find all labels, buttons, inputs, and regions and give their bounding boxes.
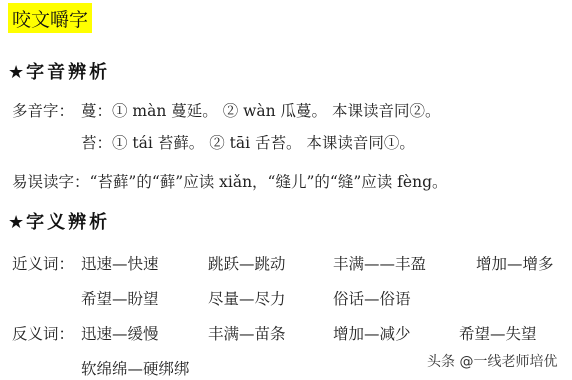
- antonyms-label: 反义词：: [12, 322, 74, 344]
- page-title: 咬文嚼字: [12, 5, 88, 32]
- synonym-pair: 增加—增多: [476, 252, 554, 274]
- antonym-pair: 迅速—缓慢: [81, 322, 159, 344]
- antonym-pair: 丰满—苗条: [208, 322, 286, 344]
- title-highlight: 咬文嚼字: [8, 3, 92, 33]
- synonym-pair: 丰满——丰盈: [333, 252, 426, 274]
- section-title: 字音辨析: [26, 62, 110, 83]
- section-title: 字义辨析: [26, 212, 110, 233]
- antonym-pair: 软绵绵—硬绑绑: [81, 357, 190, 379]
- watermark: 头条 @一线老师培优: [427, 351, 557, 371]
- polyphonic-entry-tai: 苔：① tái 苔藓。 ② tāi 舌苔。 本课读音同①。: [81, 131, 415, 153]
- star-icon: ★: [8, 62, 24, 83]
- synonym-pair: 迅速—快速: [81, 252, 159, 274]
- synonym-pair: 俗话—俗语: [333, 287, 411, 309]
- synonym-pair: 尽量—尽力: [208, 287, 286, 309]
- synonym-pair: 希望—盼望: [81, 287, 159, 309]
- antonym-pair: 希望—失望: [459, 322, 537, 344]
- synonyms-label: 近义词：: [12, 252, 74, 274]
- error-prone-reading: 易误读字：“苔藓”的“藓”应读 xiǎn，“缝儿”的“缝”应读 fèng。: [12, 170, 448, 192]
- synonym-pair: 跳跃—跳动: [208, 252, 286, 274]
- star-icon: ★: [8, 212, 24, 233]
- polyphonic-label: 多音字：: [12, 99, 74, 121]
- section-heading-pronunciation: ★字音辨析: [8, 58, 110, 84]
- section-heading-meaning: ★字义辨析: [8, 208, 110, 234]
- polyphonic-entry-man: 蔓：① màn 蔓延。 ② wàn 瓜蔓。 本课读音同②。: [81, 99, 440, 121]
- antonym-pair: 增加—减少: [333, 322, 411, 344]
